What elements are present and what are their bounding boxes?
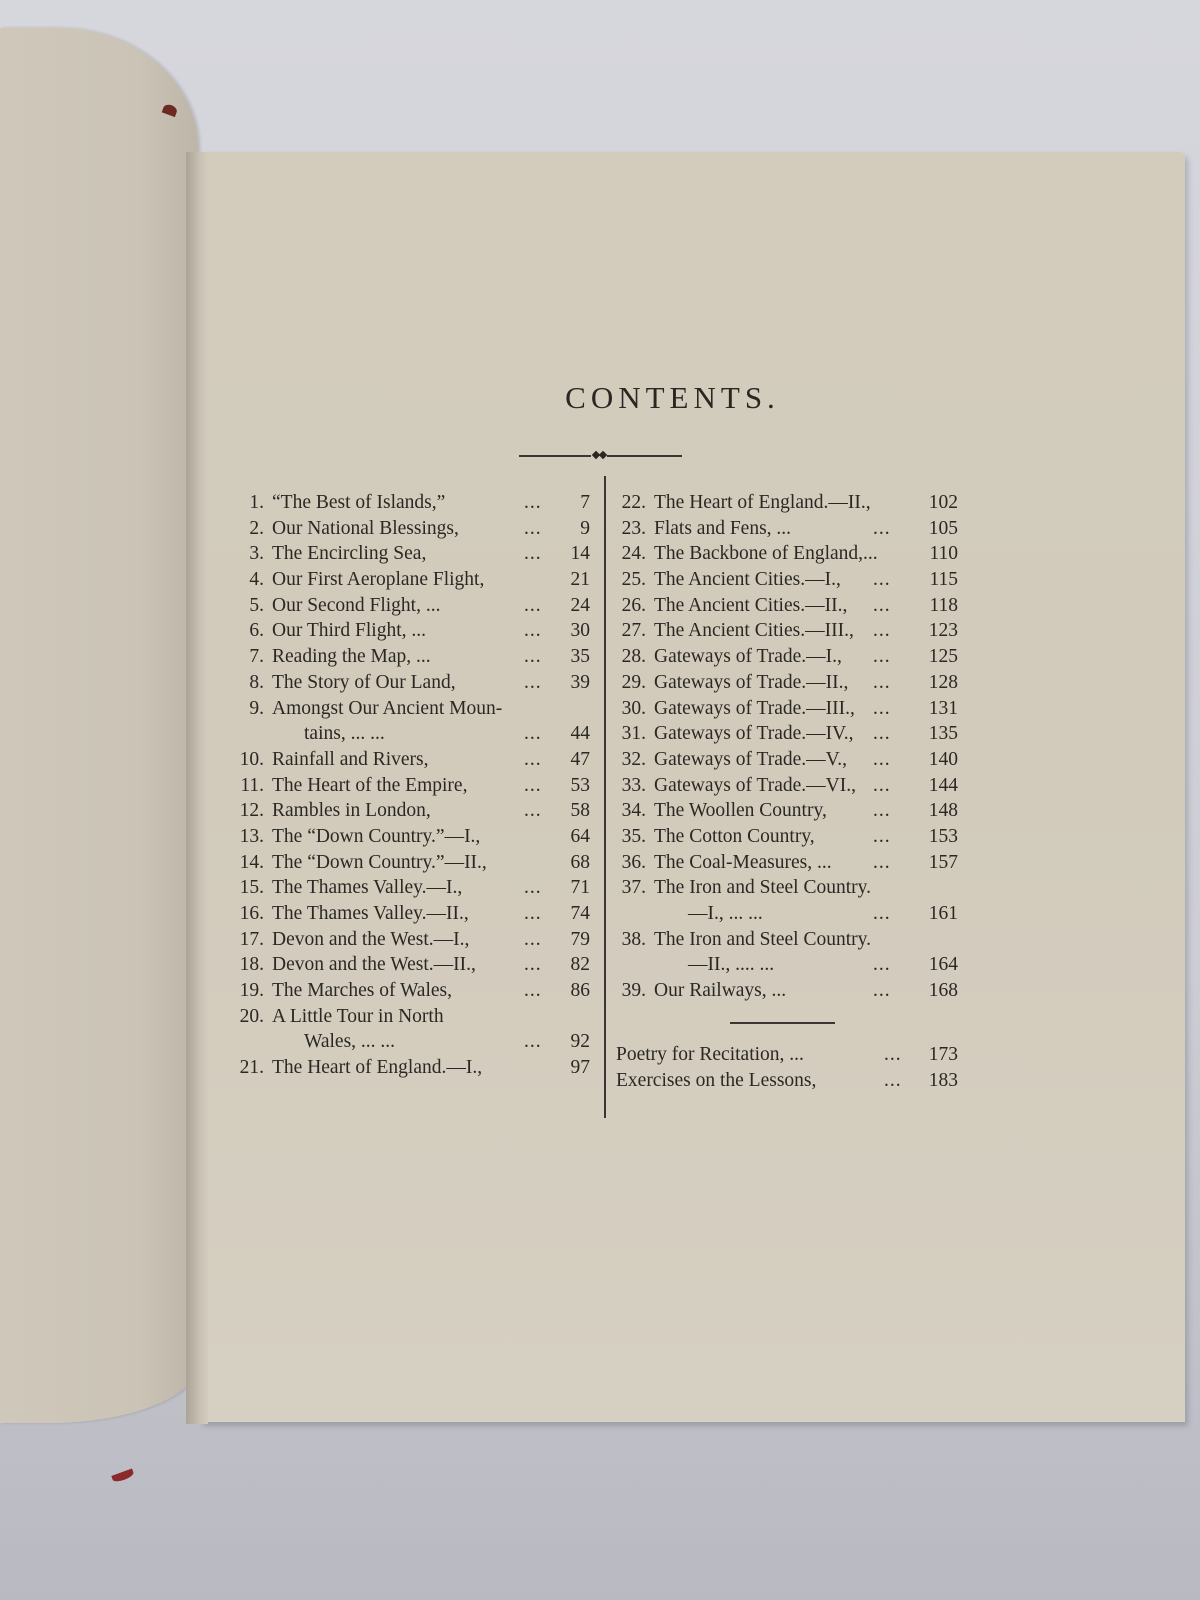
toc-entry-continuation: tains, ... ......44 (222, 721, 590, 747)
toc-entry: 26.The Ancient Cities.—II.,...118 (613, 593, 958, 619)
entry-page-number: 47 (571, 747, 591, 773)
entry-page-number: 115 (929, 567, 958, 593)
entry-title: A Little Tour in North (272, 1004, 444, 1030)
entry-title: Gateways of Trade.—V., (654, 747, 847, 773)
entry-title: Gateways of Trade.—I., (654, 644, 842, 670)
entry-number: 18. (222, 952, 264, 978)
toc-entry: 9.Amongst Our Ancient Moun- (222, 696, 590, 722)
entry-page-number: 44 (571, 721, 591, 747)
entry-page-number: 161 (929, 901, 958, 927)
entry-number: 15. (222, 875, 264, 901)
entry-page-number: 68 (571, 850, 591, 876)
entry-page-number: 7 (580, 490, 590, 516)
entry-number: 33. (613, 773, 646, 799)
entry-leader-dots: ... (884, 1070, 902, 1092)
entry-number: 6. (222, 618, 264, 644)
toc-entry: 35.The Cotton Country,...153 (613, 824, 958, 850)
entry-leader-dots: ... (884, 1044, 902, 1066)
entry-number: 25. (613, 567, 646, 593)
entry-number: 30. (613, 696, 646, 722)
entry-leader-dots: ... (873, 618, 891, 644)
toc-entry: 18.Devon and the West.—II.,...82 (222, 952, 590, 978)
toc-entry: 24.The Backbone of England,...110 (613, 541, 958, 567)
entry-title: The Coal-Measures, ... (654, 850, 832, 876)
toc-entry: 7.Reading the Map, ......35 (222, 644, 590, 670)
toc-entry: 1.“The Best of Islands,”...7 (222, 490, 590, 516)
entry-page-number: 86 (571, 978, 591, 1004)
entry-title: Our First Aeroplane Flight, (272, 567, 484, 593)
entry-page-number: 9 (580, 516, 590, 542)
entry-title: Gateways of Trade.—II., (654, 670, 848, 696)
entry-number: 24. (613, 541, 646, 567)
entry-leader-dots: ... (524, 541, 542, 567)
entry-leader-dots: ... (873, 721, 891, 747)
entry-number: 35. (613, 824, 646, 850)
entry-number: 7. (222, 644, 264, 670)
entry-page-number: 30 (571, 618, 591, 644)
entry-title: “The Best of Islands,” (272, 490, 445, 516)
toc-entry: 2.Our National Blessings,...9 (222, 516, 590, 542)
entry-page-number: 82 (571, 952, 591, 978)
entry-title: The Marches of Wales, (272, 978, 452, 1004)
toc-entry-continuation: Wales, ... ......92 (222, 1029, 590, 1055)
entry-number: 11. (222, 773, 264, 799)
entry-number: 3. (222, 541, 264, 567)
entry-leader-dots: ... (524, 978, 542, 1004)
toc-entry: 15.The Thames Valley.—I.,...71 (222, 875, 590, 901)
entry-title: The Heart of the Empire, (272, 773, 467, 799)
entry-leader-dots: ... (524, 952, 542, 978)
toc-entry: 6.Our Third Flight, ......30 (222, 618, 590, 644)
entry-page-number: 105 (929, 516, 958, 542)
entry-number: 29. (613, 670, 646, 696)
entry-page-number: 183 (929, 1070, 958, 1092)
toc-entry: 19.The Marches of Wales,...86 (222, 978, 590, 1004)
entry-leader-dots: ... (524, 644, 542, 670)
entry-leader-dots: ... (524, 875, 542, 901)
entry-page-number: 125 (929, 644, 958, 670)
entry-leader-dots: ... (873, 516, 891, 542)
entry-title: The Backbone of England,... (654, 541, 878, 567)
entry-page-number: 123 (929, 618, 958, 644)
entry-page-number: 144 (929, 773, 958, 799)
entry-page-number: 110 (929, 541, 958, 567)
entry-number: 16. (222, 901, 264, 927)
entry-leader-dots: ... (524, 1029, 542, 1055)
entry-number: 37. (613, 875, 646, 901)
entry-page-number: 92 (571, 1029, 591, 1055)
entry-title: The Heart of England.—II., (654, 490, 871, 516)
entry-page-number: 53 (571, 773, 591, 799)
entry-title: Wales, ... ... (304, 1029, 395, 1055)
entry-leader-dots: ... (873, 850, 891, 876)
toc-entry: 36.The Coal-Measures, ......157 (613, 850, 958, 876)
toc-entry: 29.Gateways of Trade.—II.,...128 (613, 670, 958, 696)
toc-entry: 21.The Heart of England.—I.,97 (222, 1055, 590, 1081)
toc-entry: 30.Gateways of Trade.—III.,...131 (613, 696, 958, 722)
entry-number: 28. (613, 644, 646, 670)
entry-title: The “Down Country.”—II., (272, 850, 487, 876)
entry-title: Rambles in London, (272, 798, 431, 824)
entry-page-number: 64 (571, 824, 591, 850)
entry-title: The Thames Valley.—I., (272, 875, 462, 901)
entry-number: 36. (613, 850, 646, 876)
entry-page-number: 24 (571, 593, 591, 619)
entry-title: —I., ... ... (688, 901, 763, 927)
toc-entry: 14.The “Down Country.”—II.,68 (222, 850, 590, 876)
entry-leader-dots: ... (873, 978, 891, 1004)
toc-entry: 37.The Iron and Steel Country. (613, 875, 958, 901)
entry-leader-dots: ... (524, 618, 542, 644)
entry-leader-dots: ... (524, 490, 542, 516)
entry-leader-dots: ... (873, 593, 891, 619)
entry-page-number: 135 (929, 721, 958, 747)
toc-entry: 16.The Thames Valley.—II.,...74 (222, 901, 590, 927)
entry-leader-dots: ... (524, 593, 542, 619)
entry-number: 27. (613, 618, 646, 644)
entry-title: The Ancient Cities.—III., (654, 618, 854, 644)
entry-title: Gateways of Trade.—IV., (654, 721, 854, 747)
left-page-curled (0, 28, 198, 1423)
entry-number: 1. (222, 490, 264, 516)
entry-page-number: 140 (929, 747, 958, 773)
entry-title: Our Second Flight, ... (272, 593, 440, 619)
entry-number: 12. (222, 798, 264, 824)
toc-appendix-entry: Poetry for Recitation, ... ... 173 (616, 1044, 958, 1070)
entry-number: 8. (222, 670, 264, 696)
entry-title: Rainfall and Rivers, (272, 747, 429, 773)
entry-leader-dots: ... (873, 824, 891, 850)
entry-number: 26. (613, 593, 646, 619)
page-title: CONTENTS. (180, 380, 1165, 416)
title-ornament-divider (519, 452, 682, 460)
entry-title: Our Third Flight, ... (272, 618, 426, 644)
entry-number: 39. (613, 978, 646, 1004)
entry-number: 5. (222, 593, 264, 619)
toc-entry: 8.The Story of Our Land,...39 (222, 670, 590, 696)
entry-page-number: 118 (929, 593, 958, 619)
entry-page-number: 74 (571, 901, 591, 927)
toc-appendix-entry: Exercises on the Lessons, ... 183 (616, 1070, 958, 1096)
entry-title: The Thames Valley.—II., (272, 901, 469, 927)
entry-page-number: 97 (571, 1055, 591, 1081)
entry-title: Devon and the West.—I., (272, 927, 469, 953)
entry-leader-dots: ... (873, 670, 891, 696)
entry-leader-dots: ... (524, 798, 542, 824)
appendix-rule (730, 1022, 835, 1024)
toc-entry: 33.Gateways of Trade.—VI.,...144 (613, 773, 958, 799)
entry-number: 23. (613, 516, 646, 542)
entry-leader-dots: ... (524, 901, 542, 927)
entry-title: Our Railways, ... (654, 978, 786, 1004)
toc-entry: 13.The “Down Country.”—I.,64 (222, 824, 590, 850)
entry-title: The Encircling Sea, (272, 541, 426, 567)
toc-entry: 10.Rainfall and Rivers,...47 (222, 747, 590, 773)
entry-page-number: 157 (929, 850, 958, 876)
toc-entry: 28.Gateways of Trade.—I.,...125 (613, 644, 958, 670)
entry-number: 17. (222, 927, 264, 953)
toc-entry-continuation: —I., ... ......161 (613, 901, 958, 927)
entry-title: Our National Blessings, (272, 516, 459, 542)
entry-page-number: 148 (929, 798, 958, 824)
entry-number: 34. (613, 798, 646, 824)
toc-entry: 5.Our Second Flight, ......24 (222, 593, 590, 619)
entry-page-number: 173 (929, 1044, 958, 1066)
toc-left-column: 1.“The Best of Islands,”...72.Our Nation… (222, 490, 590, 1081)
entry-number: 32. (613, 747, 646, 773)
entry-page-number: 102 (929, 490, 958, 516)
toc-entry: 12.Rambles in London,...58 (222, 798, 590, 824)
entry-title: The Ancient Cities.—I., (654, 567, 841, 593)
entry-leader-dots: ... (873, 696, 891, 722)
entry-page-number: 168 (929, 978, 958, 1004)
entry-page-number: 128 (929, 670, 958, 696)
entry-number: 20. (222, 1004, 264, 1030)
entry-title: The Woollen Country, (654, 798, 827, 824)
toc-entry: 32.Gateways of Trade.—V.,...140 (613, 747, 958, 773)
entry-page-number: 153 (929, 824, 958, 850)
entry-title: The Heart of England.—I., (272, 1055, 482, 1081)
entry-title: The Ancient Cities.—II., (654, 593, 847, 619)
book-gutter (186, 152, 208, 1424)
entry-number: 22. (613, 490, 646, 516)
toc-entry: 34.The Woollen Country,...148 (613, 798, 958, 824)
entry-number: 31. (613, 721, 646, 747)
entry-title: Flats and Fens, ... (654, 516, 791, 542)
toc-entry: 39.Our Railways, ......168 (613, 978, 958, 1004)
entry-leader-dots: ... (873, 773, 891, 799)
entry-title: Exercises on the Lessons, (616, 1070, 816, 1091)
entry-title: Devon and the West.—II., (272, 952, 476, 978)
entry-leader-dots: ... (873, 798, 891, 824)
entry-number: 38. (613, 927, 646, 953)
toc-entry: 20.A Little Tour in North (222, 1004, 590, 1030)
toc-entry: 23.Flats and Fens, ......105 (613, 516, 958, 542)
entry-number: 19. (222, 978, 264, 1004)
entry-number: 2. (222, 516, 264, 542)
entry-title: The Iron and Steel Country. (654, 927, 871, 953)
entry-title: tains, ... ... (304, 721, 385, 747)
toc-right-column: 22.The Heart of England.—II.,10223.Flats… (613, 490, 958, 1004)
entry-title: —II., .... ... (688, 952, 774, 978)
entry-number: 21. (222, 1055, 264, 1081)
entry-page-number: 79 (571, 927, 591, 953)
entry-page-number: 14 (571, 541, 591, 567)
toc-entry: 17.Devon and the West.—I.,...79 (222, 927, 590, 953)
column-divider (604, 476, 606, 1118)
entry-leader-dots: ... (873, 644, 891, 670)
entry-leader-dots: ... (524, 747, 542, 773)
entry-leader-dots: ... (524, 721, 542, 747)
entry-page-number: 58 (571, 798, 591, 824)
entry-page-number: 131 (929, 696, 958, 722)
entry-leader-dots: ... (873, 952, 891, 978)
entry-title: Poetry for Recitation, ... (616, 1044, 804, 1065)
entry-title: Gateways of Trade.—III., (654, 696, 855, 722)
entry-number: 9. (222, 696, 264, 722)
entry-number: 13. (222, 824, 264, 850)
entry-page-number: 39 (571, 670, 591, 696)
toc-entry: 38.The Iron and Steel Country. (613, 927, 958, 953)
entry-title: The Iron and Steel Country. (654, 875, 871, 901)
entry-leader-dots: ... (524, 927, 542, 953)
entry-title: The “Down Country.”—I., (272, 824, 480, 850)
entry-title: Amongst Our Ancient Moun- (272, 696, 502, 722)
entry-leader-dots: ... (873, 747, 891, 773)
entry-number: 14. (222, 850, 264, 876)
entry-leader-dots: ... (524, 773, 542, 799)
entry-page-number: 164 (929, 952, 958, 978)
toc-entry: 31.Gateways of Trade.—IV.,...135 (613, 721, 958, 747)
entry-title: The Story of Our Land, (272, 670, 456, 696)
entry-title: Reading the Map, ... (272, 644, 431, 670)
entry-leader-dots: ... (873, 901, 891, 927)
entry-title: The Cotton Country, (654, 824, 815, 850)
entry-title: Gateways of Trade.—VI., (654, 773, 856, 799)
toc-entry: 11.The Heart of the Empire,...53 (222, 773, 590, 799)
entry-number: 10. (222, 747, 264, 773)
toc-entry: 3.The Encircling Sea,...14 (222, 541, 590, 567)
entry-number: 4. (222, 567, 264, 593)
toc-entry: 27.The Ancient Cities.—III.,...123 (613, 618, 958, 644)
toc-entry-continuation: —II., .... ......164 (613, 952, 958, 978)
entry-leader-dots: ... (524, 516, 542, 542)
toc-entry: 4.Our First Aeroplane Flight,21 (222, 567, 590, 593)
toc-entry: 25.The Ancient Cities.—I.,...115 (613, 567, 958, 593)
toc-entry: 22.The Heart of England.—II.,102 (613, 490, 958, 516)
entry-leader-dots: ... (524, 670, 542, 696)
entry-leader-dots: ... (873, 567, 891, 593)
entry-page-number: 71 (571, 875, 591, 901)
entry-page-number: 21 (571, 567, 591, 593)
entry-page-number: 35 (571, 644, 591, 670)
